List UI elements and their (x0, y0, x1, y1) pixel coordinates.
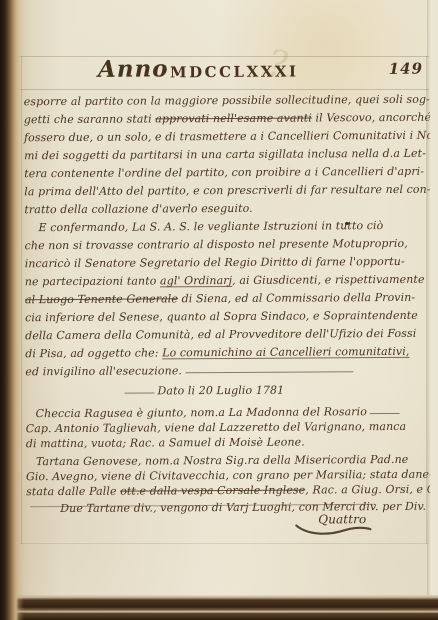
dateline: Dato li 20 Luglio 1781 (121, 381, 429, 401)
book-binding-gutter (0, 0, 24, 620)
text-segment: di mattina, vuota; Rac. a Samuel di Mois… (26, 436, 305, 451)
manuscript-line: ed invigilino all'esecuzione. (25, 361, 429, 381)
text-segment: di Pisa, ad oggetto che: (25, 346, 162, 360)
manuscript-line: stata dalle Palle ott.e dalla vespa Cors… (26, 482, 430, 499)
text-segment: mi dei soggetti da partitarsi in una car… (24, 147, 426, 162)
text-segment: E confermando, La S. A. S. le vegliante … (38, 219, 383, 234)
text-segment: fossero due, o un solo, e di trasmettere… (24, 129, 437, 145)
manuscript-line: di mattina, vuota; Rac. a Samuel di Mois… (26, 434, 430, 451)
folio-page-number: 149 (389, 60, 423, 78)
text-segment: cia inferiore del Senese, quanto al Sopr… (25, 309, 418, 324)
manuscript-line: di Pisa, ad oggetto che: Lo comunichino … (25, 343, 429, 363)
text-segment: Lo comunichino ai Cancellieri comunitati… (162, 345, 409, 360)
text-segment: ed invigilino all'esecuzione. (25, 364, 182, 378)
text-segment: Checcia Ragusea è giunto, nom.a La Madon… (36, 405, 367, 420)
text-segment: al Luogo Tenente Generale (25, 292, 178, 306)
text-segment: incaricò il Senatore Segretario del Regi… (25, 255, 405, 270)
text-segment: Cap. Antonio Taglievah, viene dal Lazzer… (26, 420, 407, 435)
catchword-flourish (294, 522, 372, 536)
text-segment: stata dalle Palle (26, 485, 120, 499)
ruled-line-frame-bottom (20, 543, 429, 544)
manuscript-line: Due Tartane div., vengono di Varj Luoghi… (60, 499, 430, 516)
page-header: Anno MDCCLXXXI 149 (0, 55, 438, 90)
text-segment: che non si trovasse contrario al dispost… (25, 237, 408, 252)
text-segment: getti che saranno stati (24, 112, 156, 126)
text-segment: esporre al partito con la maggiore possi… (24, 93, 430, 108)
text-segment: approvati nell'esame avanti (155, 111, 312, 125)
text-segment: tratto della collazione d'averlo eseguit… (24, 202, 252, 216)
paragraph-partito: esporre al partito con la maggiore possi… (24, 91, 429, 219)
text-segment: , ai Giusdicenti, e rispettivamente (232, 273, 424, 287)
text-segment: agl' Ordinarj (160, 274, 232, 287)
text-segment: ne partecipazioni tanto (25, 274, 160, 288)
anno-label: Anno (98, 55, 169, 82)
text-segment: il Vescovo, ancorché (312, 111, 431, 125)
page-right-edge (427, 0, 438, 595)
entry-tartana-genovese: Tartana Genovese, nom.a Nostra Sig.ra de… (26, 452, 430, 499)
text-segment: ott.e dalla vespa Corsale Inglese (120, 484, 305, 498)
manuscript-scan-page: ? Anno MDCCLXXXI 149 esporre al partito … (0, 0, 438, 620)
entry-checcia-ragusea: Checcia Ragusea è giunto, nom.a La Madon… (26, 404, 430, 451)
book-bottom-edge (0, 595, 438, 620)
pen-flourish-rule (124, 383, 154, 393)
pen-flourish-rule (370, 404, 400, 414)
text-segment: di Siena, ed al Commissario della Provin… (178, 291, 415, 305)
pen-flourish-rule (185, 362, 353, 373)
manuscript-line: Dato li 20 Luglio 1781 (121, 381, 429, 401)
manuscript-text-block: esporre al partito con la maggiore possi… (24, 91, 431, 528)
text-segment: Gio. Avegno, viene di Civitavecchia, con… (26, 468, 433, 483)
year-roman-numeral: MDCCLXXXI (170, 62, 299, 81)
text-segment: della Camera della Comunità, ed al Provv… (25, 327, 416, 342)
entry-due-tartane: Due Tartane div., vengono di Varj Luoghi… (60, 499, 430, 516)
text-segment: Tartana Genovese, nom.a Nostra Sig.ra de… (36, 453, 408, 468)
ink-blot (345, 222, 349, 225)
text-segment: Due Tartane div., vengono di Varj Luoghi… (60, 500, 426, 515)
text-segment: , Rac. a Giug. Orsi, e C. (305, 483, 438, 497)
text-segment: la prima dell'Atto del partito, e con pr… (24, 183, 430, 198)
paragraph-confermando: E confermando, La S. A. S. le vegliante … (24, 217, 429, 381)
text-segment: Dato li 20 Luglio 1781 (157, 384, 284, 398)
text-segment: tera contenente l'ordine del partito, co… (24, 165, 424, 180)
manuscript-line: Cap. Antonio Taglievah, viene dal Lazzer… (26, 419, 430, 436)
manuscript-line: la prima dell'Atto del partito, e con pr… (24, 181, 428, 201)
